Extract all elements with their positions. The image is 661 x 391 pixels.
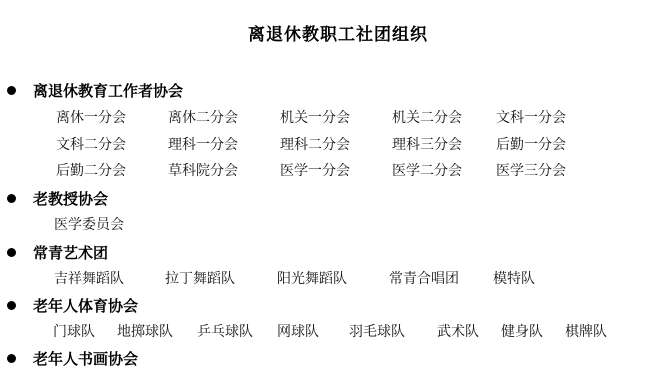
list-item: 棋牌队 <box>565 322 607 342</box>
list-item: 阳光舞蹈队 <box>277 269 347 289</box>
section-label: 老教授协会 <box>33 188 108 210</box>
list-item: 医学三分会 <box>496 161 566 181</box>
list-item: 机关二分会 <box>392 108 462 128</box>
bullet-icon <box>7 354 16 363</box>
list-item: 地掷球队 <box>117 322 173 342</box>
list-item: 模特队 <box>493 269 535 289</box>
list-item: 健身队 <box>501 322 543 342</box>
list-item: 文科一分会 <box>496 108 566 128</box>
page-title: 离退休教职工社团组织 <box>0 20 661 45</box>
list-item: 医学二分会 <box>392 161 462 181</box>
bullet-icon <box>7 248 16 257</box>
list-item: 武术队 <box>437 322 479 342</box>
list-item: 文科二分会 <box>56 135 126 155</box>
list-item: 草科院分会 <box>168 161 238 181</box>
list-item: 离休二分会 <box>168 108 238 128</box>
list-item: 乒乓球队 <box>197 322 253 342</box>
list-item: 理科二分会 <box>280 135 350 155</box>
list-item: 机关一分会 <box>280 108 350 128</box>
list-item: 理科一分会 <box>168 135 238 155</box>
section-label: 老年人书画协会 <box>33 348 138 370</box>
list-item: 医学一分会 <box>280 161 350 181</box>
list-item: 常青合唱团 <box>389 269 459 289</box>
bullet-icon <box>7 194 16 203</box>
list-item: 拉丁舞蹈队 <box>165 269 235 289</box>
section-label: 常青艺术团 <box>33 242 108 264</box>
list-item: 吉祥舞蹈队 <box>54 269 124 289</box>
list-item: 网球队 <box>277 322 319 342</box>
list-item: 离休一分会 <box>56 108 126 128</box>
bullet-icon <box>7 301 16 310</box>
list-item: 门球队 <box>53 322 95 342</box>
list-item: 后勤二分会 <box>56 161 126 181</box>
list-item: 羽毛球队 <box>349 322 405 342</box>
list-item: 医学委员会 <box>54 215 124 235</box>
section-label: 离退休教育工作者协会 <box>33 80 183 102</box>
list-item: 后勤一分会 <box>496 135 566 155</box>
bullet-icon <box>7 86 16 95</box>
list-item: 理科三分会 <box>392 135 462 155</box>
section-label: 老年人体育协会 <box>33 295 138 317</box>
